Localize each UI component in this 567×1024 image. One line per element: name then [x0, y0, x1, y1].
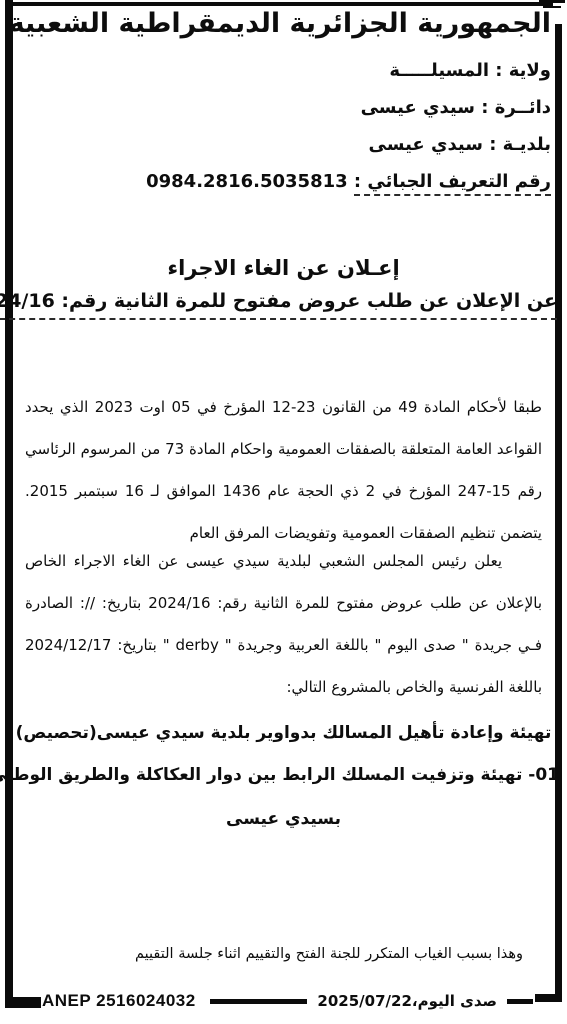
footer: ANEP 2516024032 صدى اليوم،2025/07/22: [42, 988, 533, 1014]
project-block: تهيئة وإعادة تأهيل المسالك بدواوير بلدية…: [8, 712, 559, 842]
anep-number: ANEP 2516024032: [42, 991, 196, 1011]
republic-title: الجمهورية الجزائرية الديمقراطية الشعبية: [16, 8, 551, 39]
project-item-01: 01- تهيئة وتزفيت المسلك الرابط بين دوار …: [8, 754, 559, 796]
legal-basis-paragraph: طبقا لأحكام المادة 49 من القانون 23-12 ا…: [25, 386, 542, 554]
tax-id-label: رقم التعريف الجبائي :: [354, 171, 551, 196]
cancellation-paragraph: يعلن رئيس المجلس الشعبي لبلدية سيدي عيسى…: [25, 540, 542, 708]
wilaya-line: ولاية : المسيلـــــة: [146, 58, 551, 84]
scanned-notice-page: الجمهورية الجزائرية الديمقراطية الشعبية …: [0, 0, 567, 1024]
administrative-header: ولاية : المسيلـــــة دائــرة : سيدي عيسى…: [146, 58, 551, 206]
project-location: بسيدي عيسى: [8, 796, 559, 842]
commune-line: بلديـة : سيدي عيسى: [146, 132, 551, 158]
footer-rule: [210, 999, 308, 1004]
notice-content: الجمهورية الجزائرية الديمقراطية الشعبية …: [0, 0, 567, 1024]
cancellation-reason: وهذا بسبب الغياب المتكرر للجنة الفتح وال…: [25, 946, 523, 962]
announcement-title: إعـلان عن الغاء الاجراء عن الإعلان عن طل…: [10, 256, 557, 320]
announcement-title-line1: إعـلان عن الغاء الاجراء: [10, 256, 557, 280]
announcement-title-line2: عن الإعلان عن طلب عروض مفتوح للمرة الثان…: [0, 290, 557, 320]
project-title: تهيئة وإعادة تأهيل المسالك بدواوير بلدية…: [8, 712, 559, 754]
tax-id-value: 0984.2816.5035813: [146, 171, 348, 192]
tax-id-line: رقم التعريف الجبائي : 0984.2816.5035813: [146, 169, 551, 195]
newspaper-and-date: صدى اليوم،2025/07/22: [317, 992, 497, 1010]
footer-dash: [507, 999, 533, 1004]
daira-line: دائــرة : سيدي عيسى: [146, 95, 551, 121]
